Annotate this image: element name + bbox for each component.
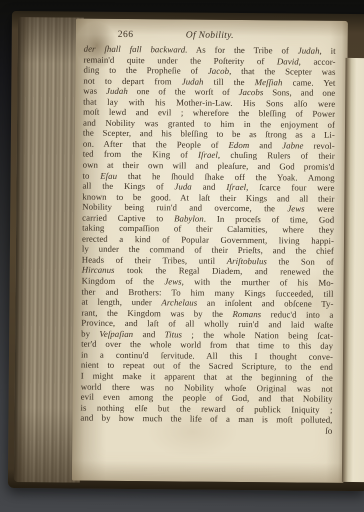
roman-text: all the Kings of — [82, 181, 174, 192]
italic-text: David — [277, 56, 299, 66]
roman-text: revol- — [303, 140, 334, 150]
catchword: ſo — [80, 423, 332, 436]
roman-text: at length, under — [81, 297, 161, 308]
roman-text: , that the Scepter was — [229, 66, 335, 77]
roman-text: ding to the Propheſie of — [83, 65, 207, 76]
running-header: 266 Of Nobility. — [84, 29, 336, 43]
roman-text: , accor- — [299, 56, 336, 66]
roman-text: and — [249, 140, 282, 150]
roman-text: carried Captive to — [82, 212, 174, 223]
italic-text: Romans — [232, 309, 261, 319]
roman-text: were — [305, 204, 335, 214]
roman-text: As for the Tribe of — [187, 45, 297, 56]
roman-text: Sons, and one — [263, 87, 335, 98]
italic-text: Archelaus — [161, 297, 197, 307]
italic-text: Iſrael — [226, 182, 246, 192]
roman-text: , chuſing Rulers of their — [218, 150, 335, 161]
page: 266 Of Nobility. der ſhall fall backward… — [72, 19, 348, 483]
italic-text: der ſhall fall backward. — [84, 44, 188, 55]
italic-text: Judah — [298, 45, 320, 55]
roman-text: . In proceſs of time, God — [204, 213, 334, 224]
roman-text: reduc'd into a — [261, 309, 333, 320]
roman-text: and — [192, 182, 227, 192]
page-content: 266 Of Nobility. der ſhall fall backward… — [80, 29, 336, 436]
next-page-edge — [342, 58, 364, 482]
roman-text: , with the murther of his Mo- — [182, 277, 334, 288]
photo-of-book-page: { "page": { "number": "266", "running_ti… — [0, 0, 364, 512]
italic-text: Juda — [174, 182, 191, 192]
roman-text: came. Yet — [282, 77, 335, 87]
italic-text: Edom — [228, 140, 249, 150]
roman-text: Kingdom of the — [82, 276, 165, 287]
roman-text: rant, the Kingdom was by the — [81, 307, 232, 318]
italic-text: Veſpaſian — [99, 329, 133, 339]
roman-text: one of the worſt of — [128, 86, 239, 97]
italic-text: Jews — [164, 276, 181, 286]
roman-text: to — [83, 170, 101, 180]
text-line: and by how much the life of a man is moſ… — [80, 413, 332, 426]
roman-text: Heads of their Tribes, until — [82, 255, 227, 266]
roman-text: not to depart from — [83, 75, 181, 86]
italic-text: Judah — [106, 86, 128, 96]
roman-text: on. After that the People of — [83, 139, 229, 150]
roman-text: ted from the King of — [83, 149, 198, 160]
book: 266 Of Nobility. der ſhall fall backward… — [8, 11, 364, 491]
roman-text: , ſcarce four were — [246, 182, 334, 193]
roman-text: was — [83, 86, 106, 96]
roman-text: till the — [203, 76, 254, 86]
roman-text: , it — [319, 46, 335, 56]
italic-text: Ariſtobulus — [227, 256, 267, 266]
italic-text: Meſſiah — [255, 77, 283, 87]
italic-text: Babylon — [174, 213, 204, 223]
roman-text: by — [81, 328, 99, 338]
italic-text: Hircanus — [82, 265, 115, 275]
italic-text: Judah — [182, 76, 204, 86]
roman-text: an inſolent and obſcene Ty- — [197, 298, 333, 309]
italic-text: Jacobs — [239, 87, 264, 97]
text-block: der ſhall fall backward. As for the Trib… — [80, 44, 335, 426]
italic-text: Titus — [165, 329, 182, 339]
roman-text: the Son of — [267, 256, 334, 267]
italic-text: Jabne — [282, 140, 303, 150]
roman-text: and by how much the life of a man is moſ… — [80, 413, 332, 425]
italic-text: Jacob — [208, 66, 229, 76]
italic-text: Iſrael — [198, 150, 218, 160]
page-number: 266 — [118, 29, 134, 41]
roman-text: and — [133, 329, 165, 339]
italic-text: Eſau — [100, 170, 117, 180]
italic-text: Jews — [287, 204, 304, 214]
roman-text: ; the whole Nation being ſcat- — [182, 329, 333, 340]
